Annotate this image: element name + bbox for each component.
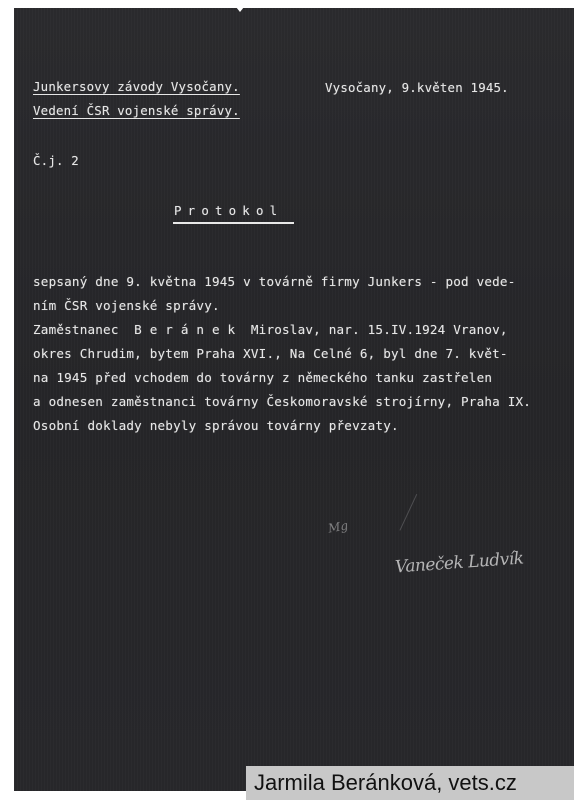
document-title: Protokol — [174, 203, 283, 218]
header-organization: Junkersovy závody Vysočany. — [33, 79, 240, 94]
source-caption: Jarmila Beránková, vets.cz — [246, 766, 574, 800]
paper-notch — [236, 7, 244, 12]
header-department: Vedení ČSR vojenské správy. — [33, 103, 240, 118]
reference-number: Č.j. 2 — [33, 153, 79, 168]
body-line: ním ČSR vojenské správy. — [33, 298, 220, 313]
header-place-date: Vysočany, 9.květen 1945. — [325, 80, 509, 95]
body-line: okres Chrudim, bytem Praha XVI., Na Celn… — [33, 346, 508, 361]
body-line: Zaměstnanec B e r á n e k Miroslav, nar.… — [33, 322, 508, 337]
document-scan: Junkersovy závody Vysočany. Vedení ČSR v… — [0, 0, 574, 800]
body-line: a odnesen zaměstnanci továrny Českomorav… — [33, 394, 531, 409]
body-line: na 1945 před vchodem do továrny z německ… — [33, 370, 492, 385]
body-line: sepsaný dne 9. května 1945 v továrně fir… — [33, 274, 516, 289]
title-underline — [173, 222, 294, 224]
body-line: Osobní doklady nebyly správou továrny př… — [33, 418, 399, 433]
